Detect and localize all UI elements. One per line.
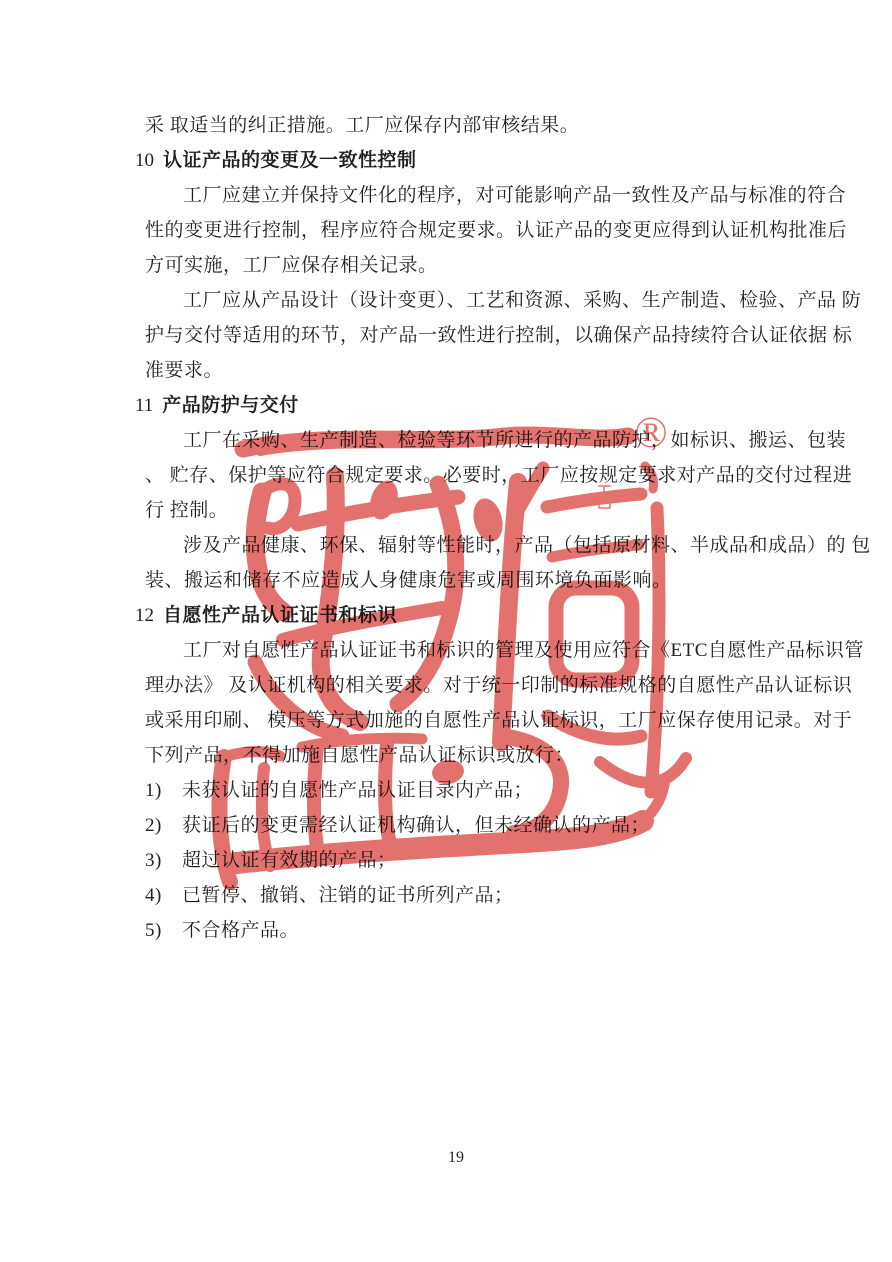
body-line: 装、搬运和储存不应造成人身健康危害或周围环境负面影响。 <box>145 563 832 598</box>
body-line: 涉及产品健康、环保、辐射等性能时，产品（包括原材料、半成品和成品）的 包 <box>145 528 832 563</box>
list-item-marker: 1) <box>145 773 182 808</box>
body-line: 或采用印刷、 模压等方式加施的自愿性产品认证标识，工厂应保存使用记录。对于 <box>145 703 832 738</box>
list-item: 3)超过认证有效期的产品； <box>145 843 832 878</box>
document-page: 采 取适当的纠正措施。工厂应保存内部审核结果。 10认证产品的变更及一致性控制 … <box>0 0 892 1262</box>
list-item-text: 已暂停、撤销、注销的证书所列产品； <box>182 885 514 906</box>
section-title: 认证产品的变更及一致性控制 <box>163 150 417 171</box>
list-item-marker: 2) <box>145 808 182 843</box>
list-item: 2)获证后的变更需经认证机构确认，但未经确认的产品； <box>145 808 832 843</box>
body-line: 、 贮存、保护等应符合规定要求。必要时，工厂应按规定要求对产品的交付过程进 <box>145 458 832 493</box>
section-number: 10 <box>135 150 154 171</box>
body-line: 采 取适当的纠正措施。工厂应保存内部审核结果。 <box>145 108 832 143</box>
body-line: 性的变更进行控制，程序应符合规定要求。认证产品的变更应得到认证机构批准后 <box>145 213 832 248</box>
body-line: 下列产品，不得加施自愿性产品认证标识或放行： <box>145 738 832 773</box>
section-12-heading: 12自愿性产品认证证书和标识 <box>135 598 832 633</box>
list-item-text: 不合格产品。 <box>182 920 299 941</box>
list-item-marker: 5) <box>145 913 182 948</box>
body-line: 工厂应从产品设计（设计变更）、工艺和资源、采购、生产制造、检验、产品 防 <box>145 283 832 318</box>
section-10-heading: 10认证产品的变更及一致性控制 <box>135 143 832 178</box>
body-line: 准要求。 <box>145 353 832 388</box>
list-item: 5)不合格产品。 <box>145 913 832 948</box>
body-line: 工厂在采购、生产制造、检验等环节所进行的产品防护，如标识、搬运、包装 <box>145 423 832 458</box>
list-item: 4)已暂停、撤销、注销的证书所列产品； <box>145 878 832 913</box>
list-item-text: 超过认证有效期的产品； <box>182 850 397 871</box>
body-line: 工厂对自愿性产品认证证书和标识的管理及使用应符合《ETC自愿性产品标识管 <box>145 633 832 668</box>
list-item-text: 未获认证的自愿性产品认证目录内产品； <box>182 780 533 801</box>
list-item-marker: 4) <box>145 878 182 913</box>
section-number: 12 <box>135 605 154 626</box>
body-line: 方可实施，工厂应保存相关记录。 <box>145 248 832 283</box>
body-line: 工厂应建立并保持文件化的程序，对可能影响产品一致性及产品与标准的符合 <box>145 178 832 213</box>
list-item-text: 获证后的变更需经认证机构确认，但未经确认的产品； <box>182 815 650 836</box>
page-number: 19 <box>20 1148 892 1168</box>
section-11-heading: 11产品防护与交付 <box>135 388 832 423</box>
body-line: 理办法》 及认证机构的相关要求。对于统一印制的标准规格的自愿性产品认证标识 <box>145 668 832 703</box>
list-item-marker: 3) <box>145 843 182 878</box>
body-line: 行 控制。 <box>145 493 832 528</box>
body-line: 护与交付等适用的环节，对产品一致性进行控制，以确保产品持续符合认证依据 标 <box>145 318 832 353</box>
section-title: 自愿性产品认证证书和标识 <box>163 605 397 626</box>
page-text: 采 取适当的纠正措施。工厂应保存内部审核结果。 10认证产品的变更及一致性控制 … <box>145 108 832 948</box>
section-number: 11 <box>135 395 153 416</box>
list-item: 1)未获认证的自愿性产品认证目录内产品； <box>145 773 832 808</box>
section-title: 产品防护与交付 <box>162 395 299 416</box>
